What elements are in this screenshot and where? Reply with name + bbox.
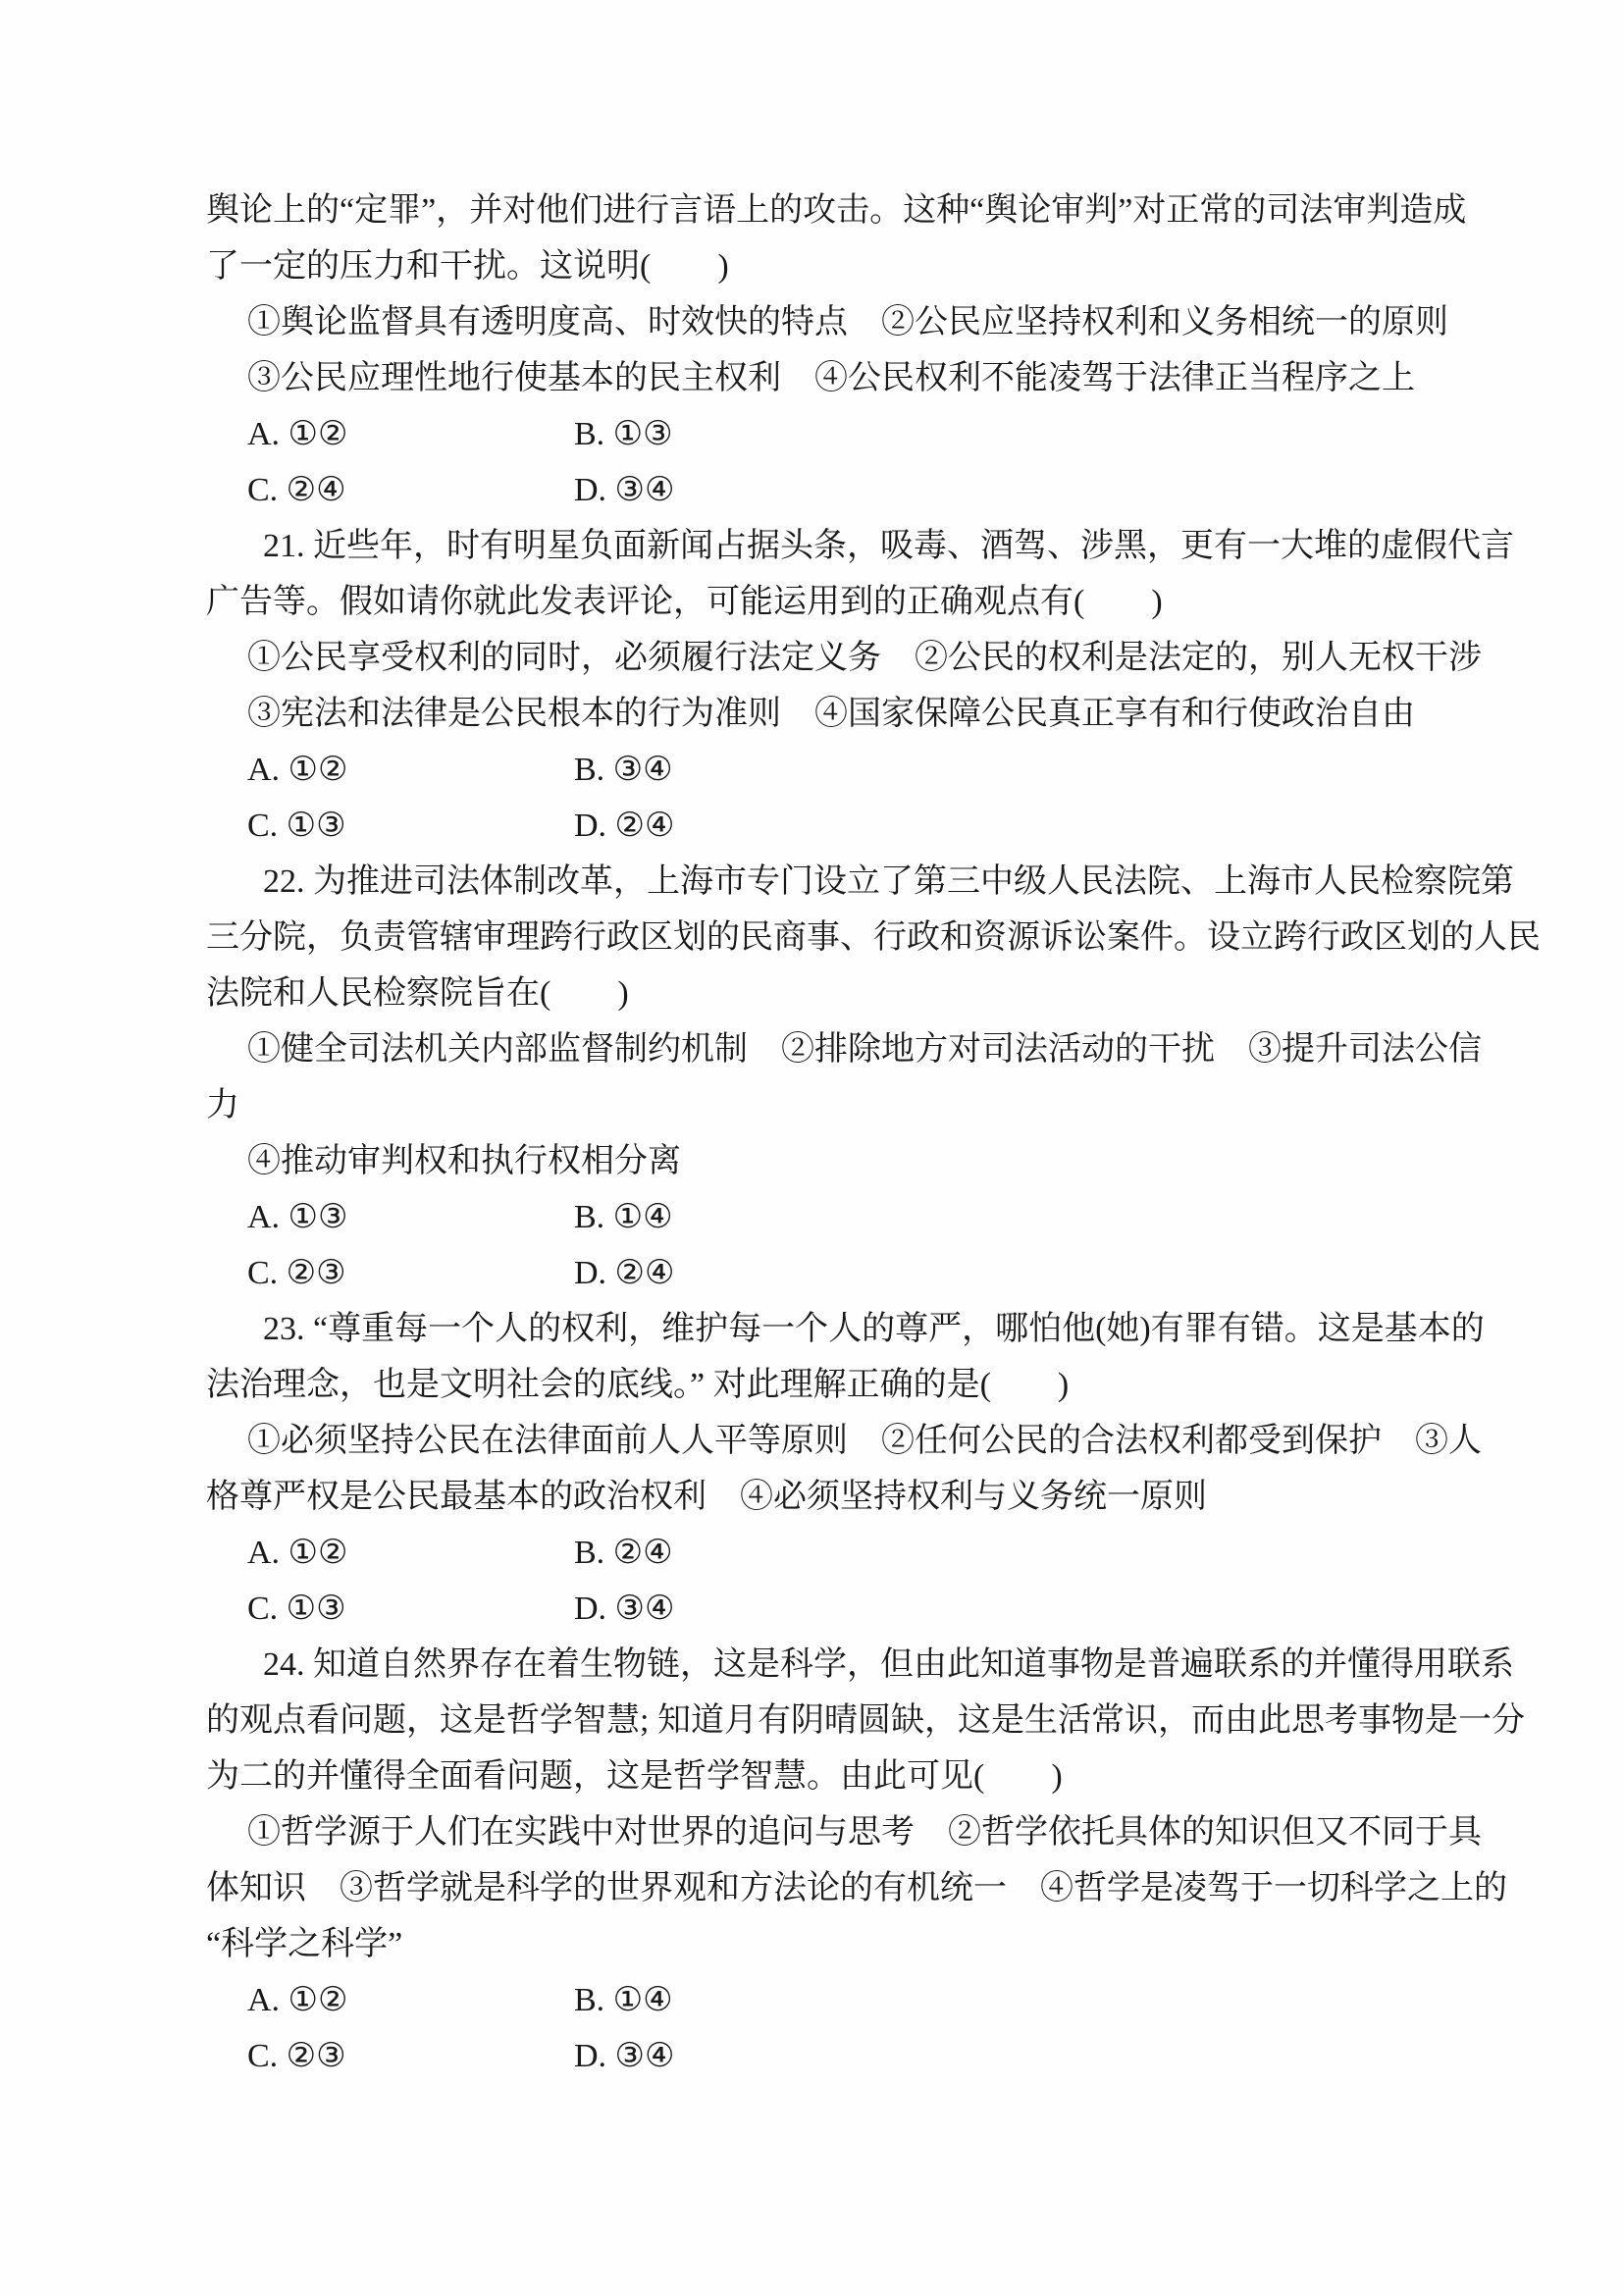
q21-item-line: ①公民享受权利的同时，必须履行法定义务 ②公民的权利是法定的，别人无权干涉	[206, 630, 1471, 686]
exam-page: 舆论上的“定罪”，并对他们进行言语上的攻击。这种“舆论审判”对正常的司法审判造成…	[0, 0, 1623, 2296]
q20-stem-line: 舆论上的“定罪”，并对他们进行言语上的攻击。这种“舆论审判”对正常的司法审判造成	[206, 183, 1471, 238]
q23-options-row: A. ①② B. ②④	[206, 1525, 1471, 1581]
question-21: 21. 近些年，时有明星负面新闻占据头条，吸毒、酒驾、涉黑，更有一大堆的虚假代言…	[206, 518, 1471, 854]
exam-content: 舆论上的“定罪”，并对他们进行言语上的攻击。这种“舆论审判”对正常的司法审判造成…	[206, 183, 1471, 2084]
q22-item-line: ①健全司法机关内部监督制约机制 ②排除地方对司法活动的干扰 ③提升司法公信	[206, 1021, 1471, 1077]
q24-options-row: C. ②③ D. ③④	[206, 2028, 1471, 2084]
q20-options-row: C. ②④ D. ③④	[206, 462, 1471, 518]
q21-options-row: C. ①③ D. ②④	[206, 798, 1471, 854]
q22-option-b: B. ①④	[574, 1189, 673, 1245]
q21-option-c: C. ①③	[247, 808, 346, 844]
q23-stem-line: 法治理念，也是文明社会的底线。” 对此理解正确的是( )	[206, 1357, 1471, 1413]
q24-item-line: “科学之科学”	[206, 1916, 1471, 1972]
q22-stem-line: 法院和人民检察院旨在( )	[206, 965, 1471, 1021]
q23-option-b: B. ②④	[574, 1525, 673, 1581]
q23-option-c: C. ①③	[247, 1591, 346, 1627]
q23-item-line: ①必须坚持公民在法律面前人人平等原则 ②任何公民的合法权利都受到保护 ③人	[206, 1413, 1471, 1469]
q23-item-line: 格尊严权是公民最基本的政治权利 ④必须坚持权利与义务统一原则	[206, 1469, 1471, 1525]
q20-option-a: A. ①②	[247, 416, 348, 452]
q24-option-d: D. ③④	[574, 2028, 675, 2084]
q21-stem-line: 21. 近些年，时有明星负面新闻占据头条，吸毒、酒驾、涉黑，更有一大堆的虚假代言	[206, 518, 1471, 574]
q20-item-line: ③公民应理性地行使基本的民主权利 ④公民权利不能凌驾于法律正当程序之上	[206, 350, 1471, 406]
question-20-continuation: 舆论上的“定罪”，并对他们进行言语上的攻击。这种“舆论审判”对正常的司法审判造成…	[206, 183, 1471, 518]
q23-option-a: A. ①②	[247, 1535, 348, 1571]
q21-option-d: D. ②④	[574, 798, 675, 854]
q20-stem-line: 了一定的压力和干扰。这说明( )	[206, 238, 1471, 294]
q24-stem-line: 的观点看问题，这是哲学智慧; 知道月有阴晴圆缺，这是生活常识，而由此思考事物是一…	[206, 1693, 1471, 1748]
q24-options-row: A. ①② B. ①④	[206, 1972, 1471, 2028]
q23-stem-line: 23. “尊重每一个人的权利，维护每一个人的尊严，哪怕他(她)有罪有错。这是基本…	[206, 1301, 1471, 1357]
q22-options-row: A. ①③ B. ①④	[206, 1189, 1471, 1245]
q22-item-line: 力	[206, 1077, 1471, 1133]
q24-item-line: 体知识 ③哲学就是科学的世界观和方法论的有机统一 ④哲学是凌驾于一切科学之上的	[206, 1860, 1471, 1916]
q24-option-a: A. ①②	[247, 1982, 348, 2018]
q22-option-a: A. ①③	[247, 1199, 348, 1235]
q23-options-row: C. ①③ D. ③④	[206, 1581, 1471, 1637]
q20-option-b: B. ①③	[574, 406, 673, 462]
question-22: 22. 为推进司法体制改革，上海市专门设立了第三中级人民法院、上海市人民检察院第…	[206, 854, 1471, 1301]
q22-stem-line: 22. 为推进司法体制改革，上海市专门设立了第三中级人民法院、上海市人民检察院第	[206, 854, 1471, 910]
q20-options-row: A. ①② B. ①③	[206, 406, 1471, 462]
q21-options-row: A. ①② B. ③④	[206, 742, 1471, 798]
q21-item-line: ③宪法和法律是公民根本的行为准则 ④国家保障公民真正享有和行使政治自由	[206, 686, 1471, 742]
q22-options-row: C. ②③ D. ②④	[206, 1245, 1471, 1301]
q24-item-line: ①哲学源于人们在实践中对世界的追问与思考 ②哲学依托具体的知识但又不同于具	[206, 1804, 1471, 1860]
q22-stem-line: 三分院，负责管辖审理跨行政区划的民商事、行政和资源诉讼案件。设立跨行政区划的人民	[206, 910, 1471, 965]
q22-option-c: C. ②③	[247, 1255, 346, 1291]
q20-option-c: C. ②④	[247, 472, 346, 508]
q22-item-line: ④推动审判权和执行权相分离	[206, 1133, 1471, 1189]
q21-option-b: B. ③④	[574, 742, 673, 798]
q20-item-line: ①舆论监督具有透明度高、时效快的特点 ②公民应坚持权利和义务相统一的原则	[206, 294, 1471, 350]
q21-option-a: A. ①②	[247, 752, 348, 788]
q24-option-b: B. ①④	[574, 1972, 673, 2028]
q24-option-c: C. ②③	[247, 2038, 346, 2074]
q22-option-d: D. ②④	[574, 1245, 675, 1301]
question-24: 24. 知道自然界存在着生物链，这是科学，但由此知道事物是普遍联系的并懂得用联系…	[206, 1637, 1471, 2084]
question-23: 23. “尊重每一个人的权利，维护每一个人的尊严，哪怕他(她)有罪有错。这是基本…	[206, 1301, 1471, 1637]
q24-stem-line: 为二的并懂得全面看问题，这是哲学智慧。由此可见( )	[206, 1748, 1471, 1804]
q21-stem-line: 广告等。假如请你就此发表评论，可能运用到的正确观点有( )	[206, 574, 1471, 630]
q20-option-d: D. ③④	[574, 462, 675, 518]
q23-option-d: D. ③④	[574, 1581, 675, 1637]
q24-stem-line: 24. 知道自然界存在着生物链，这是科学，但由此知道事物是普遍联系的并懂得用联系	[206, 1637, 1471, 1693]
